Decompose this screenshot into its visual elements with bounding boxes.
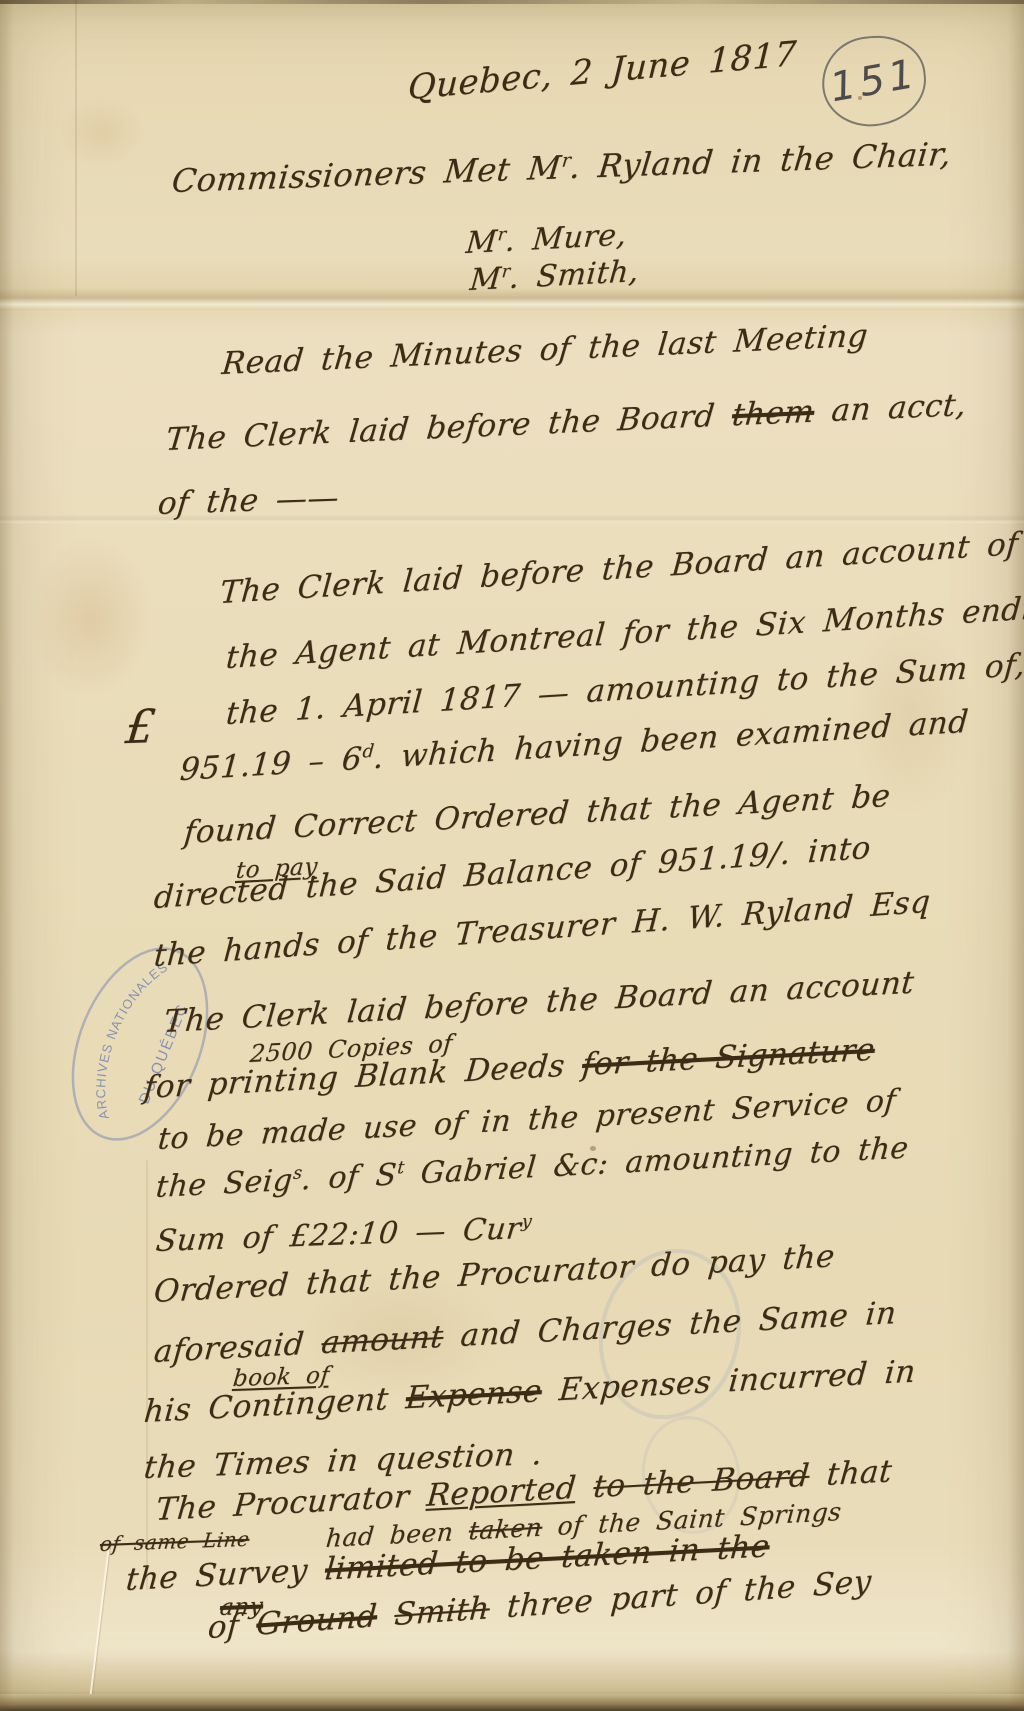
stain — [58, 96, 144, 168]
text-segment: Expenses incurred in — [540, 1353, 917, 1409]
line-mr-mure: Mr. Mure, — [464, 217, 628, 261]
text-segment: M — [468, 261, 502, 298]
text-segment: . Smith, — [508, 254, 640, 296]
text-segment: the Survey — [124, 1551, 326, 1598]
text-segment: them — [730, 394, 816, 434]
page-edge — [0, 1694, 1024, 1711]
text-segment: Sum of £22:10 — Cur — [154, 1211, 523, 1259]
manuscript-page: 151 ARCHIVES NATIONALES DU QUÉBEC Quebec… — [0, 0, 1024, 1711]
text-segment: of same Line — [99, 1527, 251, 1556]
text-segment: of — [207, 1606, 258, 1646]
vertical-crease — [75, 0, 77, 296]
fold-crease-faint — [0, 514, 1024, 524]
text-segment: his Contingent — [142, 1380, 407, 1430]
diagonal-crease — [87, 1545, 110, 1711]
text-segment: Expense — [404, 1373, 543, 1416]
text-segment: y — [521, 1212, 533, 1232]
line-dateline: Quebec, 2 June 1817 — [407, 34, 798, 108]
line-clerk-laid-account-2: The Clerk laid before the Board an accou… — [162, 965, 915, 1041]
text-segment: The Clerk laid before the Board — [164, 397, 734, 458]
page-edge — [1008, 0, 1024, 1711]
stain — [28, 536, 152, 700]
text-segment: M — [464, 224, 498, 261]
text-segment: amount — [320, 1319, 445, 1362]
text-segment: Commissioners Met M — [170, 148, 563, 200]
text-segment: 951.19 – 6 — [179, 741, 364, 788]
text-segment: . Ryland in the Chair, — [568, 135, 953, 186]
text-segment: and Charges the Same in — [442, 1295, 898, 1355]
vertical-crease — [146, 1160, 148, 1590]
text-segment: Ground — [255, 1598, 378, 1643]
text-segment: . of S — [300, 1157, 398, 1197]
line-read-minutes: Read the Minutes of the last Meeting — [220, 318, 869, 382]
text-segment: an acct, — [813, 387, 969, 430]
page-edge — [0, 0, 1024, 4]
line-commissioners: Commissioners Met Mr. Ryland in the Chai… — [170, 135, 953, 200]
text-segment: Smith — [393, 1590, 491, 1633]
line-clerk-laid-acct: The Clerk laid before the Board them an … — [164, 387, 968, 458]
line-aforesaid-amount: aforesaid amount and Charges the Same in — [152, 1295, 898, 1370]
margin-note-same-line: of same Line — [99, 1527, 251, 1556]
text-segment: . Mure, — [504, 217, 628, 259]
page-number-circle: 151 — [818, 31, 931, 131]
line-sum-22-10: Sum of £22:10 — Cury — [154, 1211, 533, 1259]
page-edge — [0, 0, 14, 1711]
page-number: 151 — [826, 51, 921, 112]
text-segment: the Seig — [154, 1163, 294, 1205]
text-segment: for the Signature — [581, 1032, 877, 1084]
text-segment: Reported — [425, 1470, 578, 1514]
text-segment: to the Board — [592, 1458, 811, 1506]
text-segment: that — [808, 1453, 894, 1494]
pound-sign-margin: £ — [123, 699, 158, 754]
line-of-the: of the —— — [156, 480, 341, 522]
